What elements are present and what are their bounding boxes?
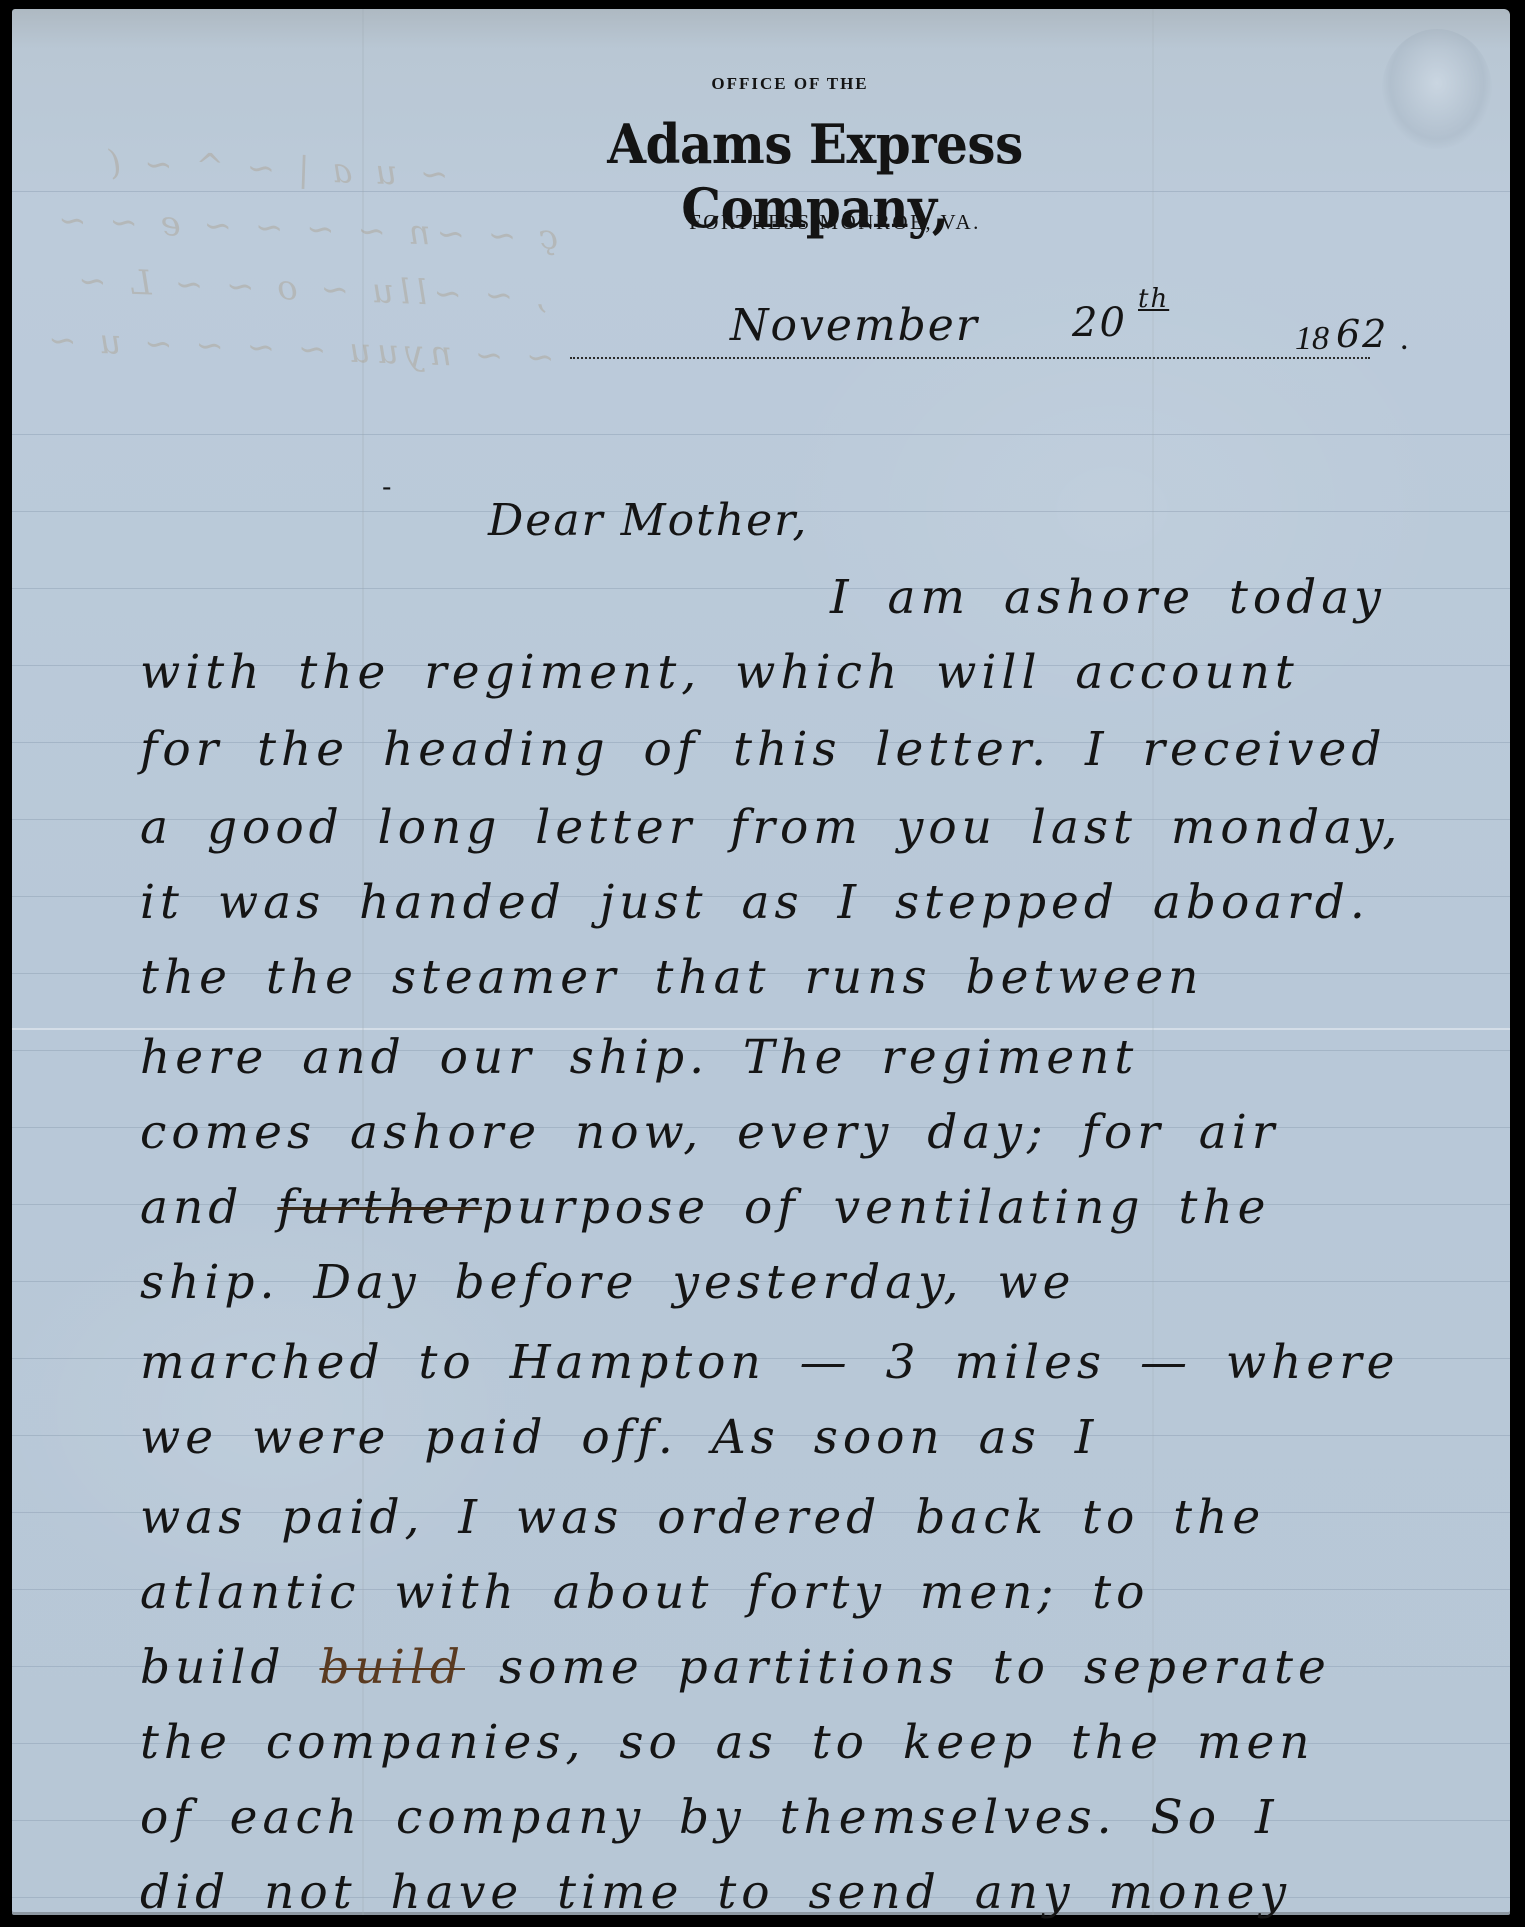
struck-word: build [319, 1640, 465, 1695]
letter-line-9-start: and [140, 1180, 243, 1235]
ruled-line [12, 434, 1510, 435]
date-year-handwritten: 62 [1336, 312, 1388, 356]
date-day-suffix: th [1138, 284, 1169, 314]
letter-line-5: it was handed just as I stepped aboard. [140, 875, 1370, 930]
letter-line-10: ship. Day before yesterday, we [140, 1255, 1075, 1310]
embossed-seal-icon [1382, 29, 1492, 149]
date-year-printed: 18 [1295, 320, 1329, 358]
date-period: . [1400, 320, 1409, 358]
letter-line-13: was paid, I was ordered back to the [140, 1490, 1265, 1545]
letter-line-8: comes ashore now, every day; for air [140, 1105, 1279, 1160]
margin-mark: - [382, 470, 393, 503]
letter-line-6: the the steamer that runs between [140, 950, 1203, 1005]
salutation: Dear Mother, [488, 495, 808, 546]
letter-line-15-start: build [140, 1640, 286, 1695]
letterhead-location: FORTRESS MONROE, VA. [595, 210, 1075, 235]
letter-line-15: build build some partitions to seperate [140, 1640, 1331, 1695]
date-day: 20 [1072, 300, 1127, 346]
struck-word: further [277, 1180, 482, 1235]
date-dotted-line [570, 357, 1370, 359]
bleed-through-text: ç ~ ~n ~ ~ ~ ~ e ~ ~ [51, 200, 558, 258]
letter-line-12: we were paid off. As soon as I [140, 1410, 1098, 1465]
bleed-through-text: ~ ~ nyuu ~ ~ ~ ~ u ~ [41, 320, 555, 378]
letter-line-7: here and our ship. The regiment [140, 1030, 1138, 1085]
letter-line-11: marched to Hampton — 3 miles — where [140, 1335, 1400, 1390]
letter-line-9-end: purpose of ventilating the [482, 1180, 1271, 1235]
bleed-through-text: ~ u a | ~ ^ ~ ( [101, 143, 449, 195]
letter-line-15-end: some partitions to seperate [499, 1640, 1331, 1695]
letter-line-14: atlantic with about forty men; to [140, 1565, 1149, 1620]
bleed-through-text: , ~ ~llu ~ o ~ ~ L ~ [71, 261, 547, 318]
letterhead-office-line: OFFICE OF THE [600, 74, 980, 94]
letter-line-4: a good long letter from you last monday, [140, 800, 1402, 855]
letter-line-18: did not have time to send any money [140, 1865, 1291, 1920]
letter-line-9: and furtherpurpose of ventilating the [140, 1180, 1270, 1235]
letter-line-16: the companies, so as to keep the men [140, 1715, 1315, 1770]
letter-line-3: for the heading of this letter. I receiv… [140, 722, 1386, 777]
letter-line-2: with the regiment, which will account [140, 645, 1299, 700]
letter-line-17: of each company by themselves. So I [140, 1790, 1279, 1845]
letter-line-1: I am ashore today [830, 570, 1386, 625]
date-month: November [730, 300, 979, 351]
